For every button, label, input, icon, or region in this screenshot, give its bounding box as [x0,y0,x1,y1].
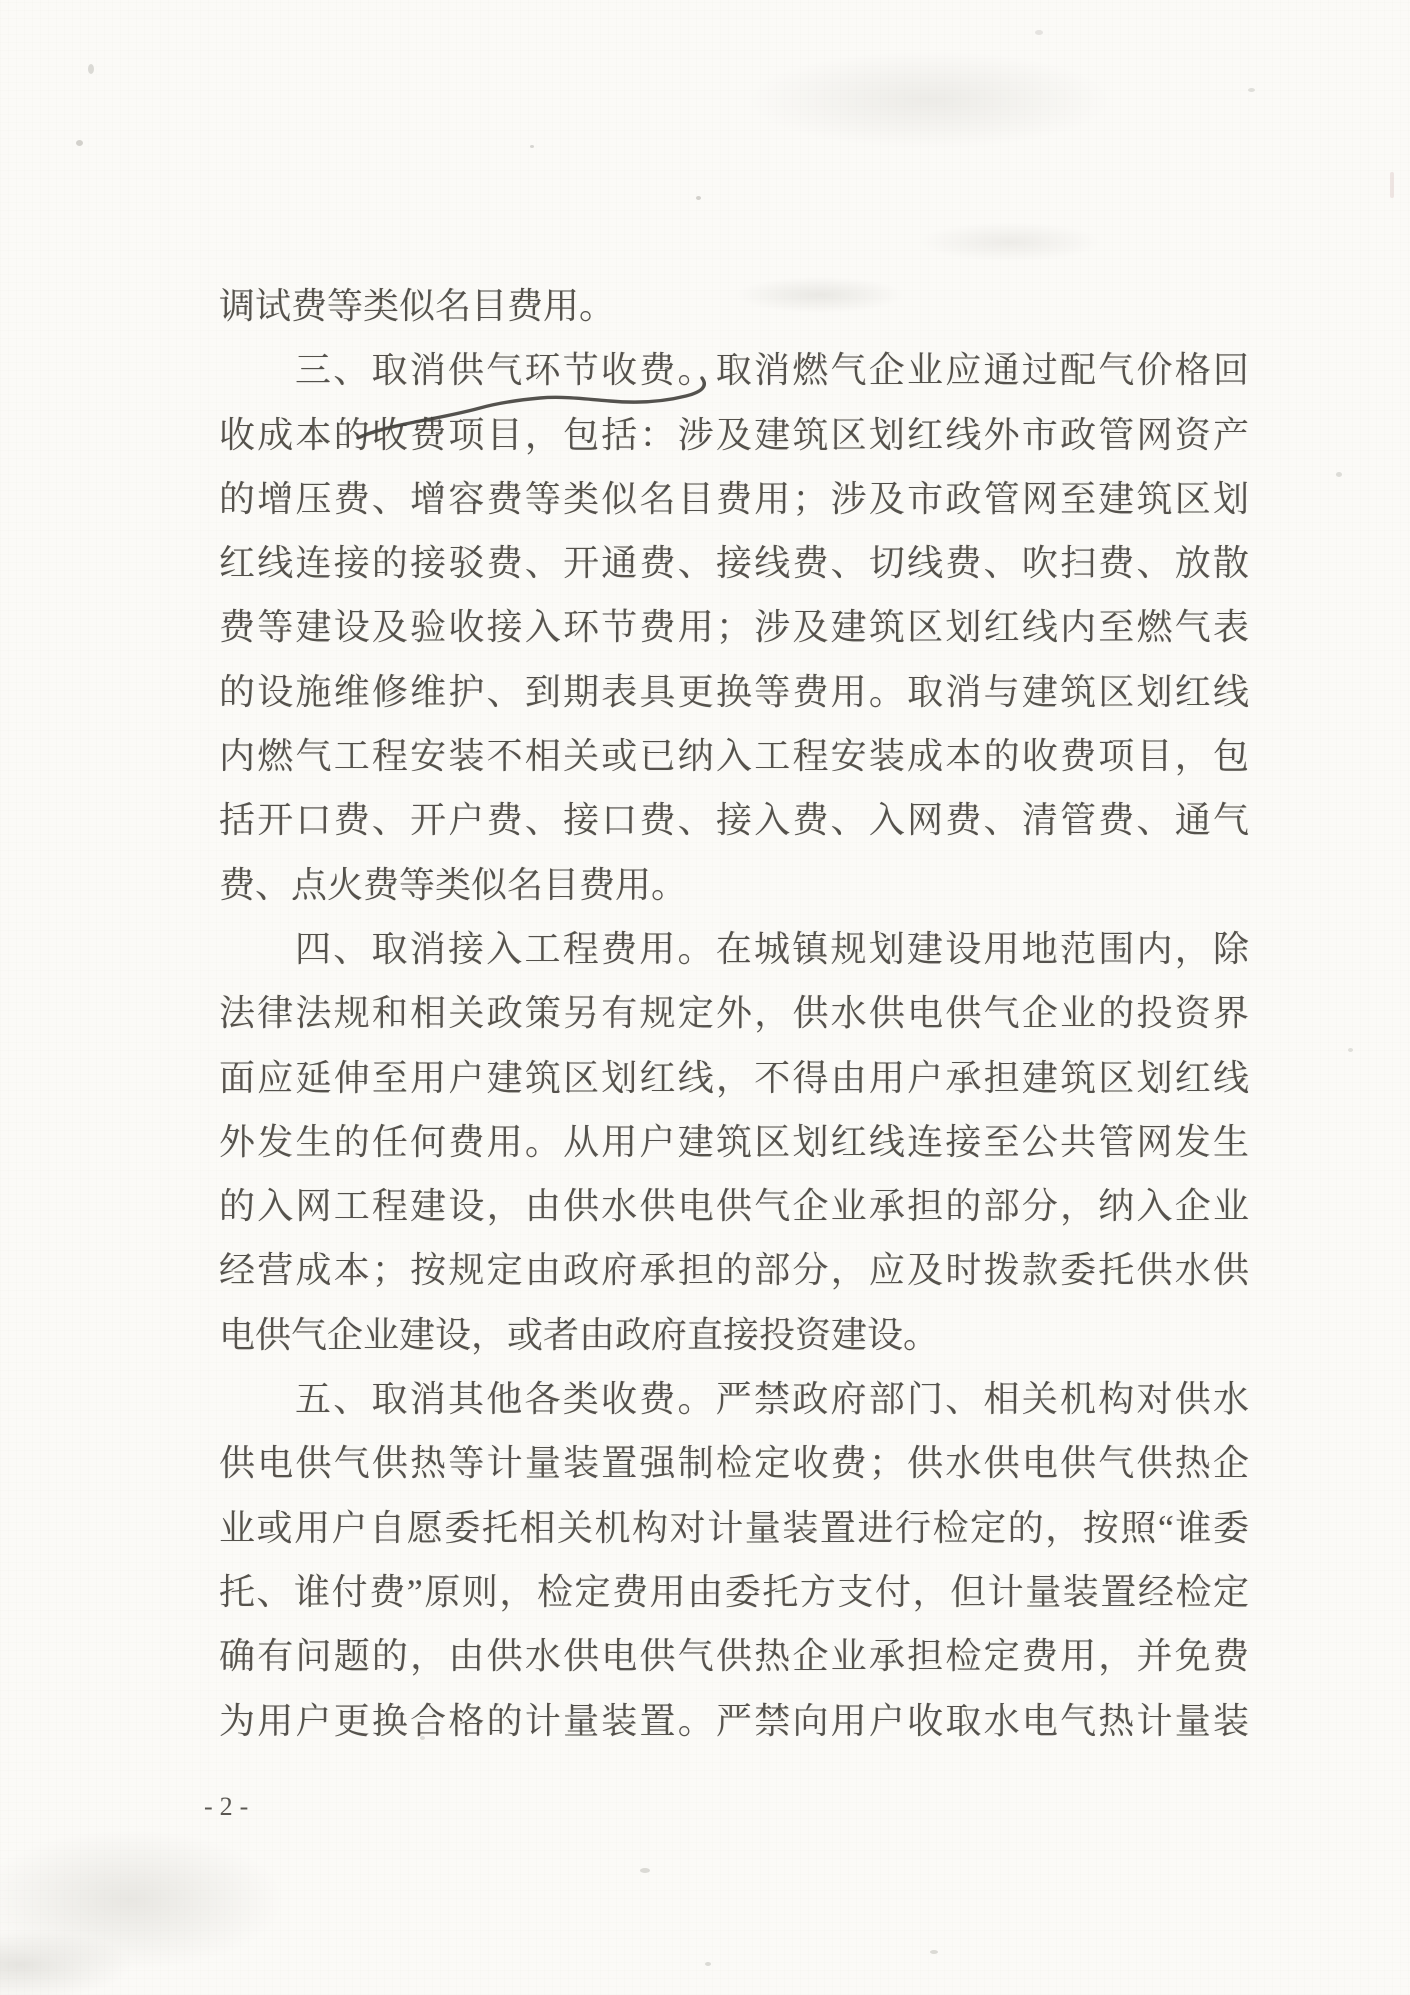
document-line: 供电供气供热等计量装置强制检定收费；供水供电供气供热企 [219,1431,1249,1495]
paragraph: 五、取消其他各类收费。严禁政府部门、相关机构对供水供电供气供热等计量装置强制检定… [219,1367,1249,1753]
document-line: 托、谁付费”原则，检定费用由委托方支付，但计量装置经检定 [219,1560,1249,1624]
document-line: 红线连接的接驳费、开通费、接线费、切线费、吹扫费、放散 [219,531,1249,595]
paragraph: 四、取消接入工程费用。在城镇规划建设用地范围内，除法律法规和相关政策另有规定外，… [219,917,1249,1367]
scan-speckle [640,1868,650,1873]
document-line: 法律法规和相关政策另有规定外，供水供电供气企业的投资界 [219,981,1249,1045]
scan-speckle [1336,472,1342,477]
document-line: 费等建设及验收接入环节费用；涉及建筑区划红线内至燃气表 [219,595,1249,659]
paragraph: 三、取消供气环节收费。取消燃气企业应通过配气价格回收成本的收费项目，包括：涉及建… [219,338,1249,917]
document-line: 业或用户自愿委托相关机构对计量装置进行检定的，按照“谁委 [219,1496,1249,1560]
document-line: 确有问题的，由供水供电供气供热企业承担检定费用，并免费 [219,1624,1249,1688]
scan-speckle [696,196,701,200]
document-line: 电供气企业建设，或者由政府直接投资建设。 [219,1303,1249,1367]
scan-speckle [1348,1048,1353,1052]
scan-speckle [930,1950,938,1954]
document-line: 的入网工程建设，由供水供电供气企业承担的部分，纳入企业 [219,1174,1249,1238]
document-line: 为用户更换合格的计量装置。严禁向用户收取水电气热计量装 [219,1689,1249,1753]
document-line: 面应延伸至用户建筑区划红线，不得由用户承担建筑区划红线 [219,1046,1249,1110]
document-body: 调试费等类似名目费用。三、取消供气环节收费。取消燃气企业应通过配气价格回收成本的… [219,274,1249,1753]
document-line: 五、取消其他各类收费。严禁政府部门、相关机构对供水 [219,1367,1249,1431]
document-line: 经营成本；按规定由政府承担的部分，应及时拨款委托供水供 [219,1238,1249,1302]
scan-speckle [1035,30,1043,35]
scan-speckle [1390,172,1394,198]
document-line: 的设施维修维护、到期表具更换等费用。取消与建筑区划红线 [219,660,1249,724]
document-line: 调试费等类似名目费用。 [219,274,1249,338]
document-line: 三、取消供气环节收费。取消燃气企业应通过配气价格回 [219,338,1249,402]
scanned-page: 调试费等类似名目费用。三、取消供气环节收费。取消燃气企业应通过配气价格回收成本的… [0,0,1410,1995]
page-number: -2- [204,1792,255,1822]
document-line: 括开口费、开户费、接口费、接入费、入网费、清管费、通气 [219,788,1249,852]
scan-speckle [705,1962,711,1966]
document-line: 外发生的任何费用。从用户建筑区划红线连接至公共管网发生 [219,1110,1249,1174]
scan-speckle [76,140,83,146]
scan-speckle [530,145,534,148]
document-line: 收成本的收费项目，包括：涉及建筑区划红线外市政管网资产 [219,403,1249,467]
document-line: 费、点火费等类似名目费用。 [219,853,1249,917]
document-line: 的增压费、增容费等类似名目费用；涉及市政管网至建筑区划 [219,467,1249,531]
document-line: 四、取消接入工程费用。在城镇规划建设用地范围内，除 [219,917,1249,981]
paragraph: 调试费等类似名目费用。 [219,274,1249,338]
scan-speckle [88,64,94,74]
scan-speckle [1248,88,1255,92]
scan-speckle [420,1736,425,1740]
document-line: 内燃气工程安装不相关或已纳入工程安装成本的收费项目，包 [219,724,1249,788]
